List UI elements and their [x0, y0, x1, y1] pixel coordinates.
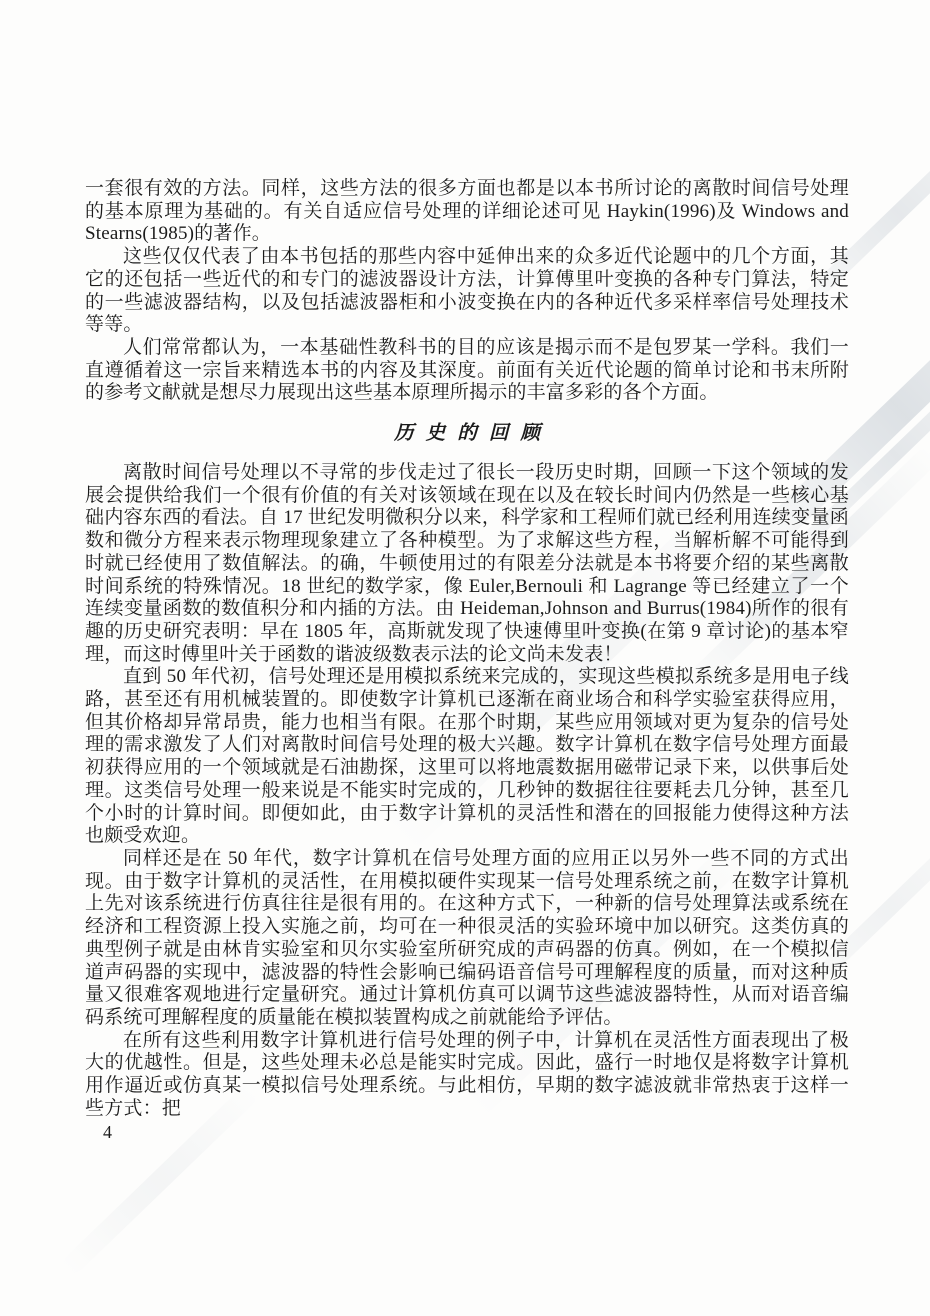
paragraph: 在所有这些利用数字计算机进行信号处理的例子中，计算机在灵活性方面表现出了极大的优…	[85, 1030, 849, 1121]
page-number: 4	[85, 1121, 849, 1144]
intro-paragraphs: 一套很有效的方法。同样，这些方法的很多方面也都是以本书所讨论的离散时间信号处理的…	[85, 178, 849, 405]
paragraph: 离散时间信号处理以不寻常的步伐走过了很长一段历史时期，回顾一下这个领域的发展会提…	[85, 462, 849, 666]
paragraph: 同样还是在 50 年代，数字计算机在信号处理方面的应用正以另外一些不同的方式出现…	[85, 848, 849, 1030]
book-page: 一套很有效的方法。同样，这些方法的很多方面也都是以本书所讨论的离散时间信号处理的…	[0, 0, 930, 1316]
page-content: 一套很有效的方法。同样，这些方法的很多方面也都是以本书所讨论的离散时间信号处理的…	[85, 178, 849, 1144]
section-paragraphs: 离散时间信号处理以不寻常的步伐走过了很长一段历史时期，回顾一下这个领域的发展会提…	[85, 462, 849, 1120]
paragraph: 人们常常都认为，一本基础性教科书的目的应该是揭示而不是包罗某一学科。我们一直遵循…	[85, 337, 849, 405]
paragraph: 直到 50 年代初，信号处理还是用模拟系统来完成的，实现这些模拟系统多是用电子线…	[85, 666, 849, 848]
paragraph: 一套很有效的方法。同样，这些方法的很多方面也都是以本书所讨论的离散时间信号处理的…	[85, 178, 849, 246]
paragraph: 这些仅仅代表了由本书包括的那些内容中延伸出来的众多近代论题中的几个方面，其它的还…	[85, 246, 849, 337]
section-heading: 历史的回顾	[85, 422, 849, 446]
